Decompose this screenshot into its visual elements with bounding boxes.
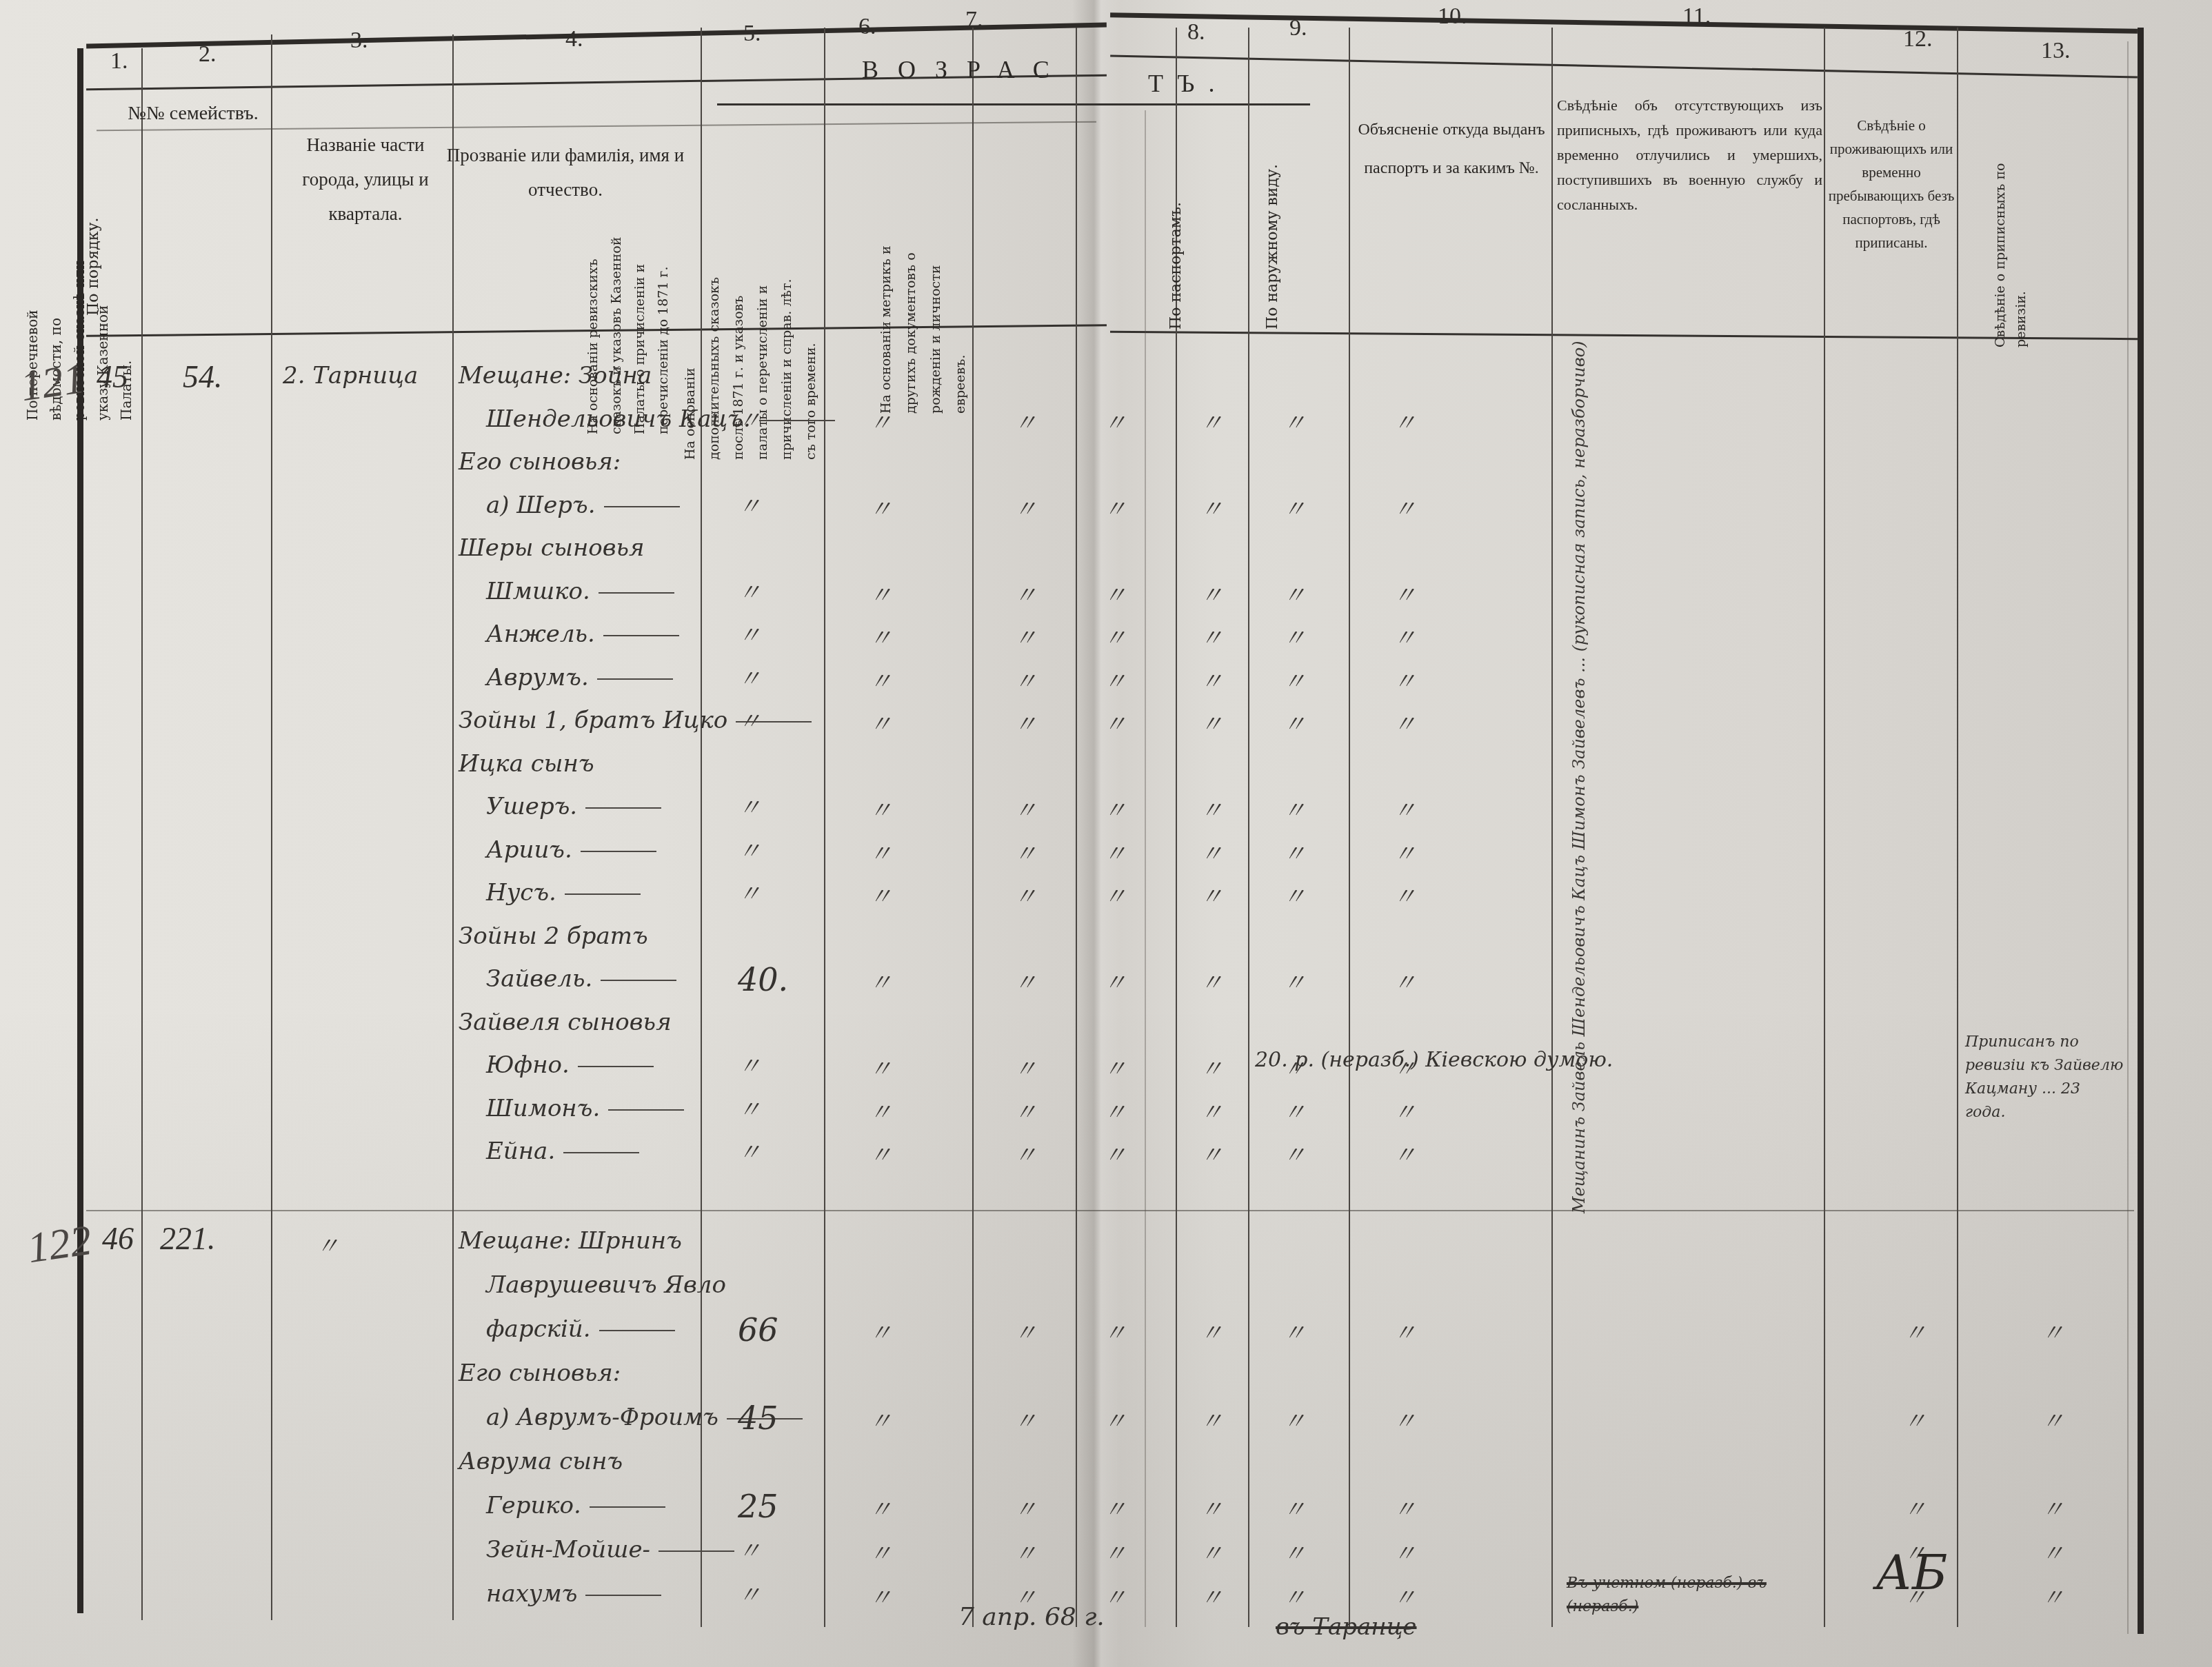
col-line-9 (1248, 28, 1249, 1627)
ditto-mark: 〃 (869, 1093, 892, 1127)
margin-number-entry-1: 121 (18, 354, 88, 412)
ditto-mark: 〃 (1283, 1579, 1306, 1613)
ditto-mark: 〃 (869, 1314, 892, 1348)
header-c8: По паспортамъ. (1167, 157, 1186, 330)
ditto-mark: 〃 (869, 663, 892, 696)
age-value: 〃 (738, 789, 761, 822)
ditto-mark: 〃 (1283, 791, 1306, 825)
name-row: Аврумъ. (486, 664, 673, 691)
ditto-mark: 〃 (1393, 576, 1416, 610)
ditto-mark: 〃 (1103, 1579, 1127, 1613)
name-row: Зайвеля сыновья (459, 1009, 672, 1036)
ditto-mark: 〃 (1103, 705, 1127, 739)
name-row: Мещане: Шрнинъ (459, 1227, 682, 1255)
ditto-mark: 〃 (1103, 1535, 1127, 1568)
name-text: Зойны 1, братъ Ицко (459, 707, 727, 734)
entry-2-initials-signature: АБ (1876, 1544, 1947, 1601)
ditto-mark: 〃 (869, 964, 892, 998)
age-value: 25 (738, 1488, 778, 1525)
ditto-mark: 〃 (869, 490, 892, 524)
ditto-mark: 〃 (1103, 835, 1127, 869)
ditto-mark: 〃 (869, 1579, 892, 1613)
name-text: Ицка сынъ (459, 750, 594, 778)
ditto-mark: 〃 (1200, 576, 1223, 610)
ditto-mark: 〃 (1393, 964, 1416, 998)
col-line-10 (1349, 28, 1350, 1627)
age-value: 40. (738, 961, 788, 998)
col-number-1: 1. (110, 48, 128, 74)
entry-1-passport-note: 20. р. (неразб.) Кіевскою думою. (1255, 1048, 1613, 1072)
ditto-mark: 〃 (1103, 404, 1127, 438)
name-row: Его сыновья: (459, 1360, 621, 1387)
age-banner-left: ВОЗРАС (862, 55, 1069, 84)
right-inner-line (2127, 41, 2129, 1634)
name-text: Анжель. (486, 620, 595, 648)
name-text: Зайвель. (486, 965, 592, 993)
name-underline (578, 1066, 654, 1067)
ditto-mark: 〃 (1200, 1535, 1223, 1568)
ditto-mark: 〃 (1014, 705, 1037, 739)
entry-2-list-number: 221. (160, 1220, 216, 1257)
ditto-mark: 〃 (1103, 1491, 1127, 1524)
ditto-mark: 〃 (2041, 1491, 2064, 1524)
col-number-12: 12. (1903, 26, 1933, 52)
name-text: Его сыновья: (459, 1360, 621, 1387)
ditto-mark: 〃 (1014, 1050, 1037, 1084)
ditto-mark: 〃 (869, 404, 892, 438)
name-text: Юфно. (486, 1051, 570, 1079)
name-underline (585, 1595, 661, 1596)
entry-1-order-number: 45 (97, 358, 128, 395)
name-text: Аврумъ. (486, 664, 589, 691)
name-text: нахумъ (486, 1580, 577, 1608)
ditto-mark: 〃 (1283, 1402, 1306, 1436)
ditto-mark: 〃 (869, 1050, 892, 1084)
ditto-mark: 〃 (1103, 964, 1127, 998)
ditto-mark: 〃 (1393, 1579, 1416, 1613)
age-value: 66 (738, 1311, 778, 1348)
ditto-mark: 〃 (869, 1491, 892, 1524)
age-value: 〃 (738, 574, 761, 607)
col-line-13 (1957, 28, 1958, 1627)
ditto-mark: 〃 (1103, 791, 1127, 825)
age-value: 45 (738, 1400, 778, 1437)
name-text: Шимонъ. (486, 1095, 600, 1122)
col-number-9: 9. (1289, 15, 1307, 41)
ditto-mark: 〃 (1393, 835, 1416, 869)
ditto-mark: 〃 (1903, 1491, 1927, 1524)
name-row: Ушеръ. (486, 793, 661, 820)
ditto-mark: 〃 (1283, 835, 1306, 869)
age-value: 〃 (738, 832, 761, 866)
ditto-mark: 〃 (1393, 490, 1416, 524)
col-number-2: 2. (199, 41, 217, 68)
name-underline (597, 678, 673, 680)
ditto-mark: 〃 (1393, 404, 1416, 438)
ditto-mark: 〃 (1393, 1314, 1416, 1348)
ditto-mark: 〃 (1393, 791, 1416, 825)
ditto-mark: 〃 (1200, 663, 1223, 696)
ditto-mark: 〃 (1200, 705, 1223, 739)
ditto-mark: 〃 (1283, 490, 1306, 524)
col-number-13: 13. (2041, 38, 2071, 64)
ditto-mark: 〃 (1283, 1136, 1306, 1170)
ditto-mark: 〃 (1283, 663, 1306, 696)
ditto-mark: 〃 (1200, 835, 1223, 869)
right-border-line (2138, 28, 2144, 1634)
entry-2-struck-note: въ Таранце (1276, 1613, 1416, 1641)
ditto-mark: 〃 (1200, 404, 1223, 438)
name-underline (565, 893, 641, 895)
name-row: Ицка сынъ (459, 750, 594, 778)
name-underline (603, 635, 679, 636)
entry-1-revision-note: Приписанъ по ревизіи къ Зайвелю Кацману … (1965, 1031, 2124, 1124)
ditto-mark: 〃 (1393, 663, 1416, 696)
name-text: Шеры сыновья (459, 534, 645, 562)
name-row: Зайвель. (486, 965, 676, 993)
ditto-mark: 〃 (1283, 576, 1306, 610)
name-text: Шмшко. (486, 578, 590, 605)
ditto-mark: 〃 (1014, 404, 1037, 438)
header-c9: По наружному виду. (1263, 130, 1283, 330)
ditto-mark: 〃 (1103, 1314, 1127, 1348)
ditto-mark: 〃 (1393, 705, 1416, 739)
ditto-mark: 〃 (1014, 490, 1037, 524)
ditto-mark: 〃 (1903, 1314, 1927, 1348)
ditto-mark: 〃 (1283, 964, 1306, 998)
col-number-6: 6. (858, 14, 876, 40)
ditto-mark: 〃 (869, 1535, 892, 1568)
ditto-mark: 〃 (1103, 1093, 1127, 1127)
name-row: Мещане: Зойна (459, 362, 652, 390)
col-line-7 (1076, 28, 1077, 1627)
ditto-mark: 〃 (869, 619, 892, 653)
name-text: Зойны 2 братъ (459, 922, 648, 950)
entry-1-list-number: 54. (183, 358, 223, 395)
age-value: 〃 (738, 616, 761, 650)
name-row: Его сыновья: (459, 448, 621, 476)
ditto-mark: 〃 (1103, 663, 1127, 696)
entry-1-location: 2. Тарница (283, 362, 418, 390)
ditto-mark: 〃 (1200, 878, 1223, 911)
header-c12: Свѣдѣніе о проживающихъ или временно пре… (1827, 114, 1955, 254)
name-underline (581, 851, 656, 852)
header-c7: На основаніи метрикъ и другихъ документо… (874, 221, 974, 414)
name-text: Зайвеля сыновья (459, 1009, 672, 1036)
ditto-mark: 〃 (1014, 791, 1037, 825)
ditto-mark: 〃 (1393, 1535, 1416, 1568)
name-row: Шеры сыновья (459, 534, 645, 562)
ditto-mark: 〃 (1200, 1314, 1223, 1348)
col-number-4: 4. (565, 26, 583, 52)
ditto-mark: 〃 (2041, 1314, 2064, 1348)
col-number-7: 7. (965, 7, 983, 33)
name-row: Аврума сынъ (459, 1448, 623, 1475)
ditto-mark: 〃 (1014, 663, 1037, 696)
entry-2-order-number: 46 (102, 1220, 134, 1257)
name-row: фарскій. (486, 1315, 675, 1343)
ditto-mark: 〃 (1200, 1402, 1223, 1436)
name-underline (601, 980, 676, 981)
ditto-mark: 〃 (1014, 576, 1037, 610)
entry-2-date-note: 7 апр. 68 г. (958, 1603, 1105, 1631)
name-underline (599, 1330, 675, 1331)
ditto-mark: 〃 (1014, 1491, 1037, 1524)
name-row: Юфно. (486, 1051, 654, 1079)
col-line-7b (1145, 110, 1146, 1627)
name-row: Зейн-Мойше- (486, 1536, 734, 1564)
age-value: 〃 (738, 1532, 761, 1566)
ditto-mark: 〃 (1903, 1402, 1927, 1436)
ditto-mark: 〃 (1283, 1535, 1306, 1568)
ditto-mark: 〃 (1103, 619, 1127, 653)
ditto-mark: 〃 (1200, 1136, 1223, 1170)
name-text: Лаврушевичъ Явло (486, 1271, 726, 1299)
name-text: Шендельовичъ Кацъ. (486, 405, 751, 433)
name-text: Ейна. (486, 1138, 555, 1165)
entry-divider-line (86, 1210, 2134, 1211)
header-c3: Названіе части города, улицы и квартала. (283, 128, 448, 231)
name-underline (585, 807, 661, 809)
name-underline (658, 1550, 734, 1552)
ditto-mark: 〃 (1014, 619, 1037, 653)
name-underline (759, 420, 835, 421)
name-text: Герико. (486, 1492, 581, 1519)
ditto-mark: 〃 (1014, 1535, 1037, 1568)
ditto-mark: 〃 (1103, 1050, 1127, 1084)
col-number-10: 10. (1438, 3, 1467, 30)
col-number-5: 5. (743, 21, 761, 47)
age-line-left (717, 103, 1103, 105)
name-row: а) Шеръ. (486, 492, 680, 519)
age-value: 〃 (738, 1047, 761, 1081)
ditto-mark: 〃 (1103, 490, 1127, 524)
ditto-mark: 〃 (1393, 1136, 1416, 1170)
col-line-2 (271, 34, 272, 1620)
ditto-mark: 〃 (1014, 964, 1037, 998)
ditto-mark: 〃 (1103, 576, 1127, 610)
col-line-11 (1551, 28, 1553, 1627)
age-value: 〃 (738, 875, 761, 909)
age-value: 〃 (738, 487, 761, 521)
name-text: Зейн-Мойше- (486, 1536, 650, 1564)
col-line-3 (452, 34, 454, 1620)
ditto-mark: 〃 (1103, 1402, 1127, 1436)
ditto-mark: 〃 (1014, 835, 1037, 869)
name-underline (599, 592, 674, 594)
name-row: Ейна. (486, 1138, 639, 1165)
ditto-mark: 〃 (869, 1402, 892, 1436)
name-row: Герико. (486, 1492, 665, 1519)
entry-2-location: 〃 (316, 1227, 339, 1261)
name-row: Арииъ. (486, 836, 656, 864)
name-row: Шимонъ. (486, 1095, 684, 1122)
name-underline (590, 1506, 665, 1508)
col-number-11: 11. (1682, 3, 1711, 30)
ditto-mark: 〃 (1200, 1050, 1223, 1084)
ditto-mark: 〃 (1393, 878, 1416, 911)
ditto-mark: 〃 (869, 705, 892, 739)
age-value: 〃 (738, 401, 761, 435)
ditto-mark: 〃 (1200, 619, 1223, 653)
name-text: Арииъ. (486, 836, 572, 864)
ditto-mark: 〃 (2041, 1579, 2064, 1613)
ditto-mark: 〃 (1103, 1136, 1127, 1170)
name-text: Мещане: Шрнинъ (459, 1227, 682, 1255)
ditto-mark: 〃 (1200, 1579, 1223, 1613)
age-value: 〃 (738, 660, 761, 694)
ditto-mark: 〃 (1283, 878, 1306, 911)
age-value: 〃 (738, 1133, 761, 1167)
passport-note-text: 20. р. (неразб.) Кіевскою думою. (1255, 1048, 1613, 1072)
ditto-mark: 〃 (2041, 1402, 2064, 1436)
name-text: а) Шеръ. (486, 492, 596, 519)
name-row: Лаврушевичъ Явло (486, 1271, 726, 1299)
age-value: 〃 (738, 703, 761, 736)
ditto-mark: 〃 (869, 835, 892, 869)
ditto-mark: 〃 (869, 878, 892, 911)
age-line-right (1103, 103, 1310, 105)
name-text: а) Аврумъ-Фроимъ (486, 1404, 718, 1431)
age-value: 〃 (738, 1091, 761, 1124)
ditto-mark: 〃 (1200, 791, 1223, 825)
ditto-mark: 〃 (1283, 1314, 1306, 1348)
entry-2-struck-note-11: Въ учетном (неразб.) въ (неразб.) (1567, 1572, 1822, 1619)
name-row: Анжель. (486, 620, 679, 648)
name-text: Его сыновья: (459, 448, 621, 476)
families-group-header: №№ семействъ. (117, 97, 269, 131)
age-value: 〃 (738, 1576, 761, 1610)
ditto-mark: 〃 (1014, 1093, 1037, 1127)
ditto-mark: 〃 (869, 1136, 892, 1170)
ditto-mark: 〃 (1283, 404, 1306, 438)
age-banner-right: ТЪ. (1148, 69, 1228, 98)
header-c4: Прозваніе или фамилія, имя и отчество. (441, 138, 690, 207)
ditto-mark: 〃 (869, 791, 892, 825)
name-row: Шмшко. (486, 578, 674, 605)
ditto-mark: 〃 (1393, 1402, 1416, 1436)
ditto-mark: 〃 (1200, 1491, 1223, 1524)
ditto-mark: 〃 (1200, 964, 1223, 998)
name-underline (563, 1152, 639, 1153)
ditto-mark: 〃 (1200, 490, 1223, 524)
margin-number-entry-2: 122 (25, 1216, 95, 1273)
name-text: Нусъ. (486, 879, 556, 907)
name-text: фарскій. (486, 1315, 591, 1343)
header-c11: Свѣдѣніе объ отсутствующихъ изъ приписны… (1557, 93, 1822, 217)
name-row: Шендельовичъ Кацъ. (486, 405, 835, 433)
entry-1-absent-note: Мещанинъ Зайвель Шендельовичъ Кацъ Шимон… (1562, 296, 1824, 1213)
header-c10: Объясненіе откуда выданъ паспортъ и за к… (1355, 110, 1548, 188)
name-text: Аврума сынъ (459, 1448, 623, 1475)
ditto-mark: 〃 (1014, 878, 1037, 911)
ditto-mark: 〃 (1103, 878, 1127, 911)
name-row: Зойны 2 братъ (459, 922, 648, 950)
ditto-mark: 〃 (1393, 1491, 1416, 1524)
ditto-mark: 〃 (1283, 619, 1306, 653)
ditto-mark: 〃 (1200, 1093, 1223, 1127)
header-c13: Свѣдѣніе о приписныхъ по ревизіи. (1990, 141, 2034, 347)
ditto-mark: 〃 (1283, 1491, 1306, 1524)
name-row: Нусъ. (486, 879, 641, 907)
ditto-mark: 〃 (1283, 705, 1306, 739)
name-row: нахумъ (486, 1580, 661, 1608)
col-line-12 (1824, 28, 1825, 1627)
name-underline (608, 1109, 684, 1111)
ditto-mark: 〃 (1014, 1402, 1037, 1436)
ditto-mark: 〃 (1014, 1136, 1037, 1170)
name-text: Ушеръ. (486, 793, 577, 820)
ditto-mark: 〃 (1283, 1093, 1306, 1127)
col-number-3: 3. (350, 28, 368, 54)
ditto-mark: 〃 (1393, 619, 1416, 653)
ditto-mark: 〃 (2041, 1535, 2064, 1568)
ditto-mark: 〃 (1014, 1314, 1037, 1348)
col-number-8: 8. (1187, 19, 1205, 46)
ditto-mark: 〃 (869, 576, 892, 610)
name-underline (604, 506, 680, 507)
ditto-mark: 〃 (1393, 1093, 1416, 1127)
name-text: Мещане: Зойна (459, 362, 652, 390)
